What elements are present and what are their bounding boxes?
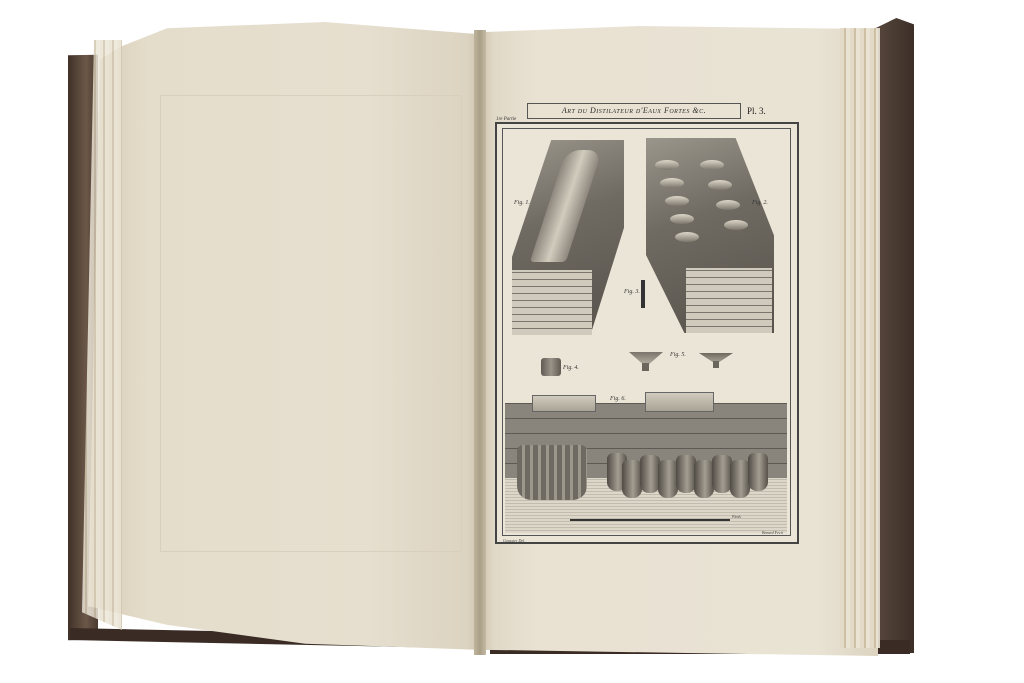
- left-page-plate-mark: [160, 95, 462, 552]
- fig2-pot: [675, 232, 699, 242]
- fig2-pot: [708, 180, 732, 190]
- fig2-label: Fig. 2.: [752, 200, 768, 206]
- plate-number: Pl. 3.: [747, 106, 766, 116]
- fig2-pot: [700, 160, 724, 170]
- fig6-jar: [622, 460, 642, 498]
- fig6-jar: [712, 455, 732, 493]
- fig3-rod: [641, 280, 645, 308]
- fig6-jar: [748, 453, 768, 491]
- scale-label: Pieds: [732, 514, 741, 519]
- fig6-stone-block: [532, 395, 596, 412]
- engraver-credit: Benard Fecit: [762, 530, 783, 535]
- right-page-edges: [840, 28, 880, 648]
- fig5-label: Fig. 5.: [670, 352, 686, 358]
- fig6-jar: [676, 455, 696, 493]
- fig4-label: Fig. 4.: [563, 365, 579, 371]
- fig6-wooden-tub: [517, 445, 587, 500]
- fig2-pot: [670, 214, 694, 224]
- fig6-jar: [640, 455, 660, 493]
- fig2-pot: [655, 160, 679, 170]
- book-gutter: [474, 30, 486, 655]
- fig2-pot: [665, 196, 689, 206]
- scale-bar: [570, 519, 730, 521]
- fig2-pot: [724, 220, 748, 230]
- fig6-jar: [730, 460, 750, 498]
- fig6-jar: [694, 460, 714, 498]
- fig6-label: Fig. 6.: [610, 396, 626, 402]
- fig4-cylinder: [541, 358, 561, 376]
- fig2-brick-base: [686, 268, 772, 333]
- draughtsman-credit: Goussier Del.: [503, 538, 525, 543]
- fig5-funnel-a-stem: [642, 363, 649, 371]
- fig2-pot: [716, 200, 740, 210]
- fig6-jar: [658, 460, 678, 498]
- fig1-brick-base: [512, 270, 592, 335]
- fig1-label: Fig. 1.: [514, 200, 530, 206]
- fig2-pot: [660, 178, 684, 188]
- fig6-stone-block: [645, 392, 714, 412]
- fig5-funnel-c-stem: [713, 361, 719, 368]
- plate-title: Art du Distilateur d'Eaux Fortes &c.: [527, 103, 741, 119]
- fig3-label: Fig. 3.: [624, 289, 640, 295]
